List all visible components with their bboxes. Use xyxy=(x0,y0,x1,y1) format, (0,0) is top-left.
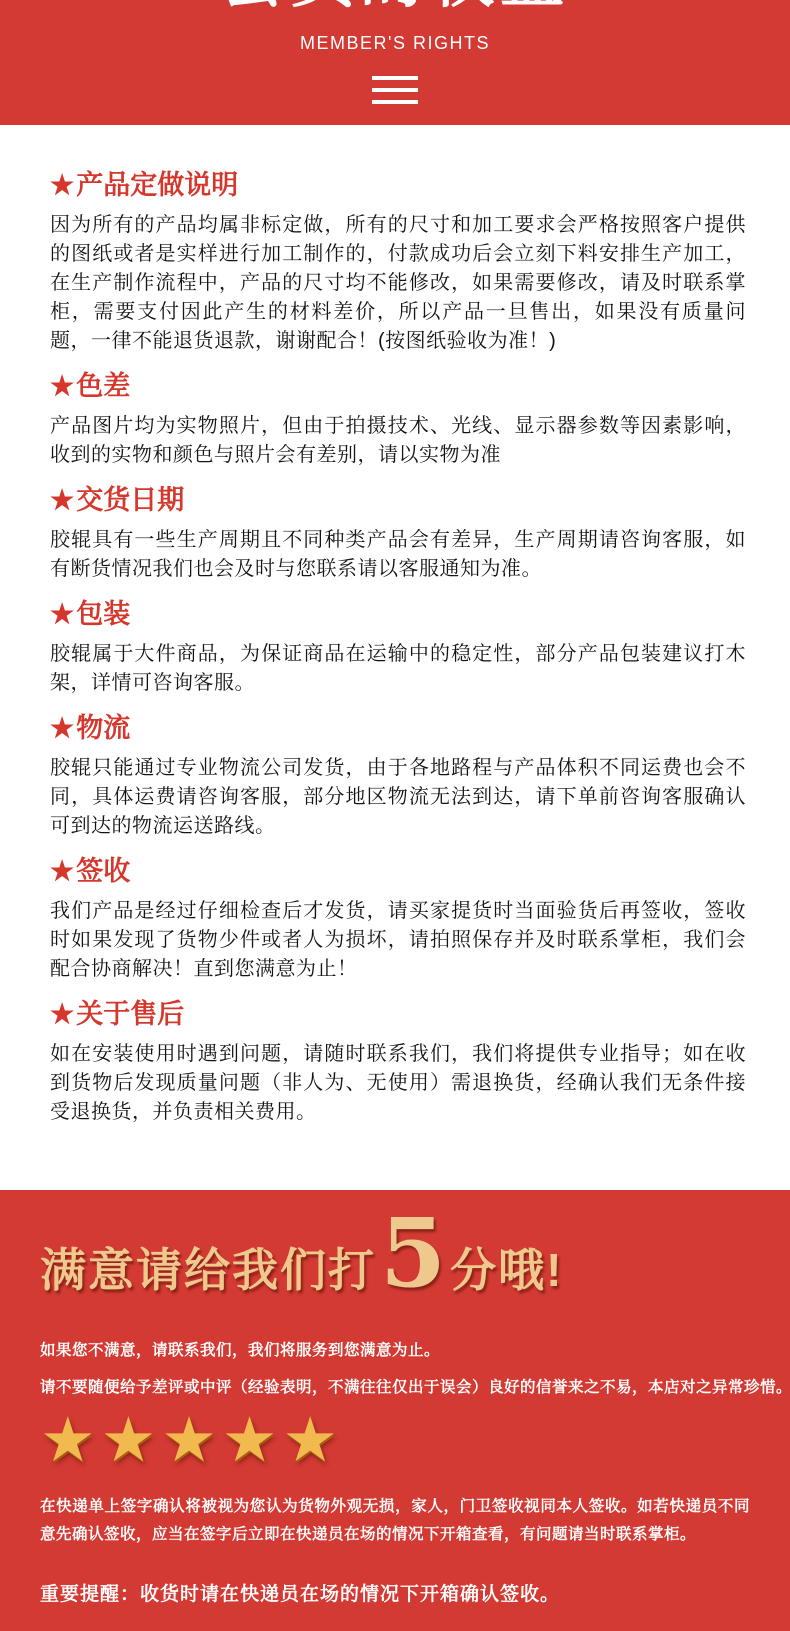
notice-card: ★ 产品定做说明 因为所有的产品均属非标定做，所有的尺寸和加工要求会严格按照客户… xyxy=(0,125,790,1190)
important-reminder: 重要提醒：收货时请在快递员在场的情况下开箱确认签收。 xyxy=(40,1579,750,1606)
section-title-label: 色差 xyxy=(76,372,130,400)
section-title-color-difference: ★ 色差 xyxy=(50,372,746,400)
banner-title-clipped: 会员的权益 xyxy=(0,0,790,13)
section-title-label: 关于售后 xyxy=(76,1000,184,1028)
gold-star-icon: ★ xyxy=(40,1411,96,1471)
section-body-after-sales: 如在安装使用时遇到问题，请随时联系我们，我们将提供专业指导；如在收到货物后发现质… xyxy=(50,1040,746,1127)
star-bullet-icon: ★ xyxy=(50,486,74,514)
star-bullet-icon: ★ xyxy=(50,857,74,885)
star-bullet-icon: ★ xyxy=(50,171,74,199)
section-title-label: 物流 xyxy=(76,714,130,742)
section-title-packaging: ★ 包装 xyxy=(50,600,746,628)
member-rights-page: 会员的权益 MEMBER'S RIGHTS ★ 产品定做说明 因为所有的产品均属… xyxy=(0,0,790,1631)
divider-bar xyxy=(372,100,418,104)
satisfaction-note-line1: 如果您不满意，请联系我们，我们将服务到您满意为止。 xyxy=(40,1338,750,1360)
section-title-label: 签收 xyxy=(76,857,130,885)
section-title-label: 包装 xyxy=(76,600,130,628)
star-bullet-icon: ★ xyxy=(50,714,74,742)
section-body-logistics: 胶辊只能通过专业物流公司发货，由于各地路程与产品体积不同运费也会不同，具体运费请… xyxy=(50,754,746,841)
five-stars-row: ★ ★ ★ ★ ★ xyxy=(40,1411,750,1471)
section-body-sign-receipt: 我们产品是经过仔细检查后才发货，请买家提货时当面验货后再签收，签收时如果发现了货… xyxy=(50,897,746,984)
star-bullet-icon: ★ xyxy=(50,600,74,628)
banner-subtitle: MEMBER'S RIGHTS xyxy=(0,33,790,54)
section-title-label: 产品定做说明 xyxy=(76,171,238,199)
courier-sign-notice: 在快递单上签字确认将被视为您认为货物外观无损，家人，门卫签收视同本人签收。如若快… xyxy=(40,1493,750,1549)
star-bullet-icon: ★ xyxy=(50,1000,74,1028)
five-star-rating-title: 满意请给我们打 5 分哦! xyxy=(40,1214,750,1300)
banner-main-title: 会员的权益 xyxy=(0,0,790,11)
star-bullet-icon: ★ xyxy=(50,372,74,400)
rating-title-prefix: 满意请给我们打 xyxy=(40,1234,376,1300)
gold-star-icon: ★ xyxy=(222,1411,278,1471)
three-lines-icon xyxy=(372,76,418,104)
divider-bar xyxy=(372,76,418,80)
rating-score-number: 5 xyxy=(380,1214,446,1295)
section-title-sign-receipt: ★ 签收 xyxy=(50,857,746,885)
gold-star-icon: ★ xyxy=(161,1411,217,1471)
gold-star-icon: ★ xyxy=(282,1411,338,1471)
top-banner: 会员的权益 MEMBER'S RIGHTS xyxy=(0,0,790,125)
section-body-packaging: 胶辊属于大件商品，为保证商品在运输中的稳定性，部分产品包装建议打木架，详情可咨询… xyxy=(50,640,746,698)
section-title-delivery-date: ★ 交货日期 xyxy=(50,486,746,514)
rating-footer: 满意请给我们打 5 分哦! 如果您不满意，请联系我们，我们将服务到您满意为止。 … xyxy=(0,1190,790,1631)
section-title-label: 交货日期 xyxy=(76,486,184,514)
section-body-delivery-date: 胶辊具有一些生产周期且不同种类产品会有差异，生产周期请咨询客服，如有断货情况我们… xyxy=(50,526,746,584)
section-title-after-sales: ★ 关于售后 xyxy=(50,1000,746,1028)
section-body-custom-made: 因为所有的产品均属非标定做，所有的尺寸和加工要求会严格按照客户提供的图纸或者是实… xyxy=(50,211,746,356)
section-body-color-difference: 产品图片均为实物照片，但由于拍摄技术、光线、显示器参数等因素影响，收到的实物和颜… xyxy=(50,412,746,470)
gold-star-icon: ★ xyxy=(101,1411,157,1471)
divider-bar xyxy=(372,88,418,92)
section-title-logistics: ★ 物流 xyxy=(50,714,746,742)
satisfaction-note-line2: 请不要随便给予差评或中评（经验表明，不满往往仅出于误会）良好的信誉来之不易，本店… xyxy=(40,1375,750,1397)
section-title-custom-made: ★ 产品定做说明 xyxy=(50,171,746,199)
rating-title-suffix: 分哦! xyxy=(450,1234,563,1300)
